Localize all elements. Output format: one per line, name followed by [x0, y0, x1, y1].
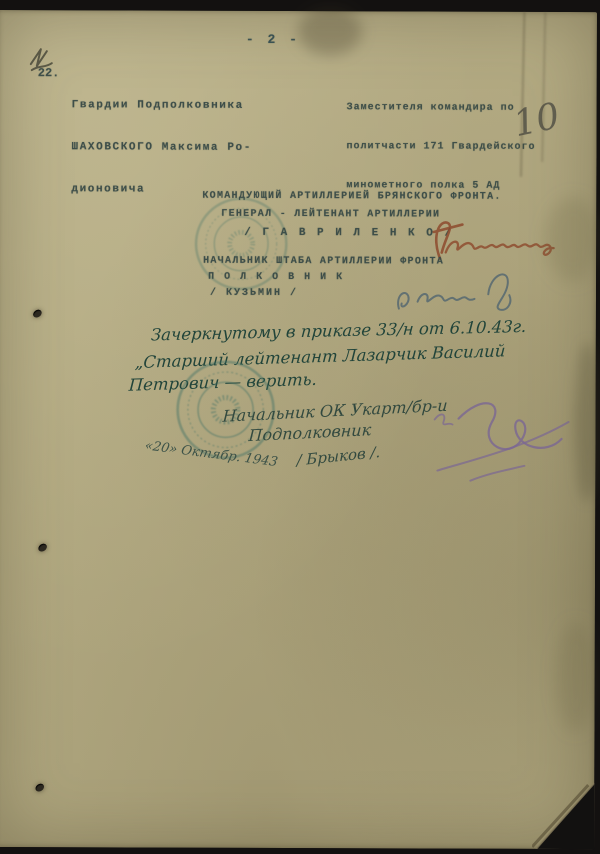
certification-line-1: Зачеркнутому в приказе 33/н от 6.10.43г.	[150, 317, 527, 345]
page-number: - 2 -	[246, 32, 300, 47]
item-number: 22.	[38, 66, 60, 80]
punch-hole-1	[32, 308, 43, 319]
officer-name: / Брыков /.	[297, 443, 381, 470]
commander-line-2: ГЕНЕРАЛ - ЛЕЙТЕНАНТ АРТИЛЛЕРИИ	[221, 209, 440, 221]
edge-stain-2	[574, 342, 600, 502]
recipient-line-2: ШАХОВСКОГО Максима Ро-	[71, 140, 251, 155]
chief-line-3: / КУЗЬМИН /	[210, 288, 298, 299]
chief-line-2: П О Л К О В Н И К	[208, 272, 344, 283]
archival-sheet-number: 10	[510, 96, 563, 146]
commander-line-1: КОМАНДУЮЩИЙ АРТИЛЛЕРИЕЙ БРЯНСКОГО ФРОНТА…	[202, 191, 501, 203]
folded-corner	[532, 777, 594, 849]
signature-kuzmin	[389, 260, 531, 319]
punch-hole-2	[37, 542, 48, 553]
punch-hole-3	[34, 782, 45, 793]
signature-brykov	[428, 392, 578, 488]
position-line-2: политчасти 171 Гвардейского	[347, 140, 536, 154]
scanned-document-page: - 2 - 22. Гвардии Подполковника ШАХОВСКО…	[0, 10, 597, 849]
recipient-line-1: Гвардии Подполковника	[72, 98, 252, 113]
ink-smudge-top	[298, 7, 362, 55]
edge-stain-1	[545, 197, 600, 282]
edge-stain-3	[555, 622, 595, 732]
position-line-1: Заместителя командира по	[347, 101, 536, 115]
commander-line-3: / Г А В Р И Л Е Н К О /	[244, 227, 453, 240]
